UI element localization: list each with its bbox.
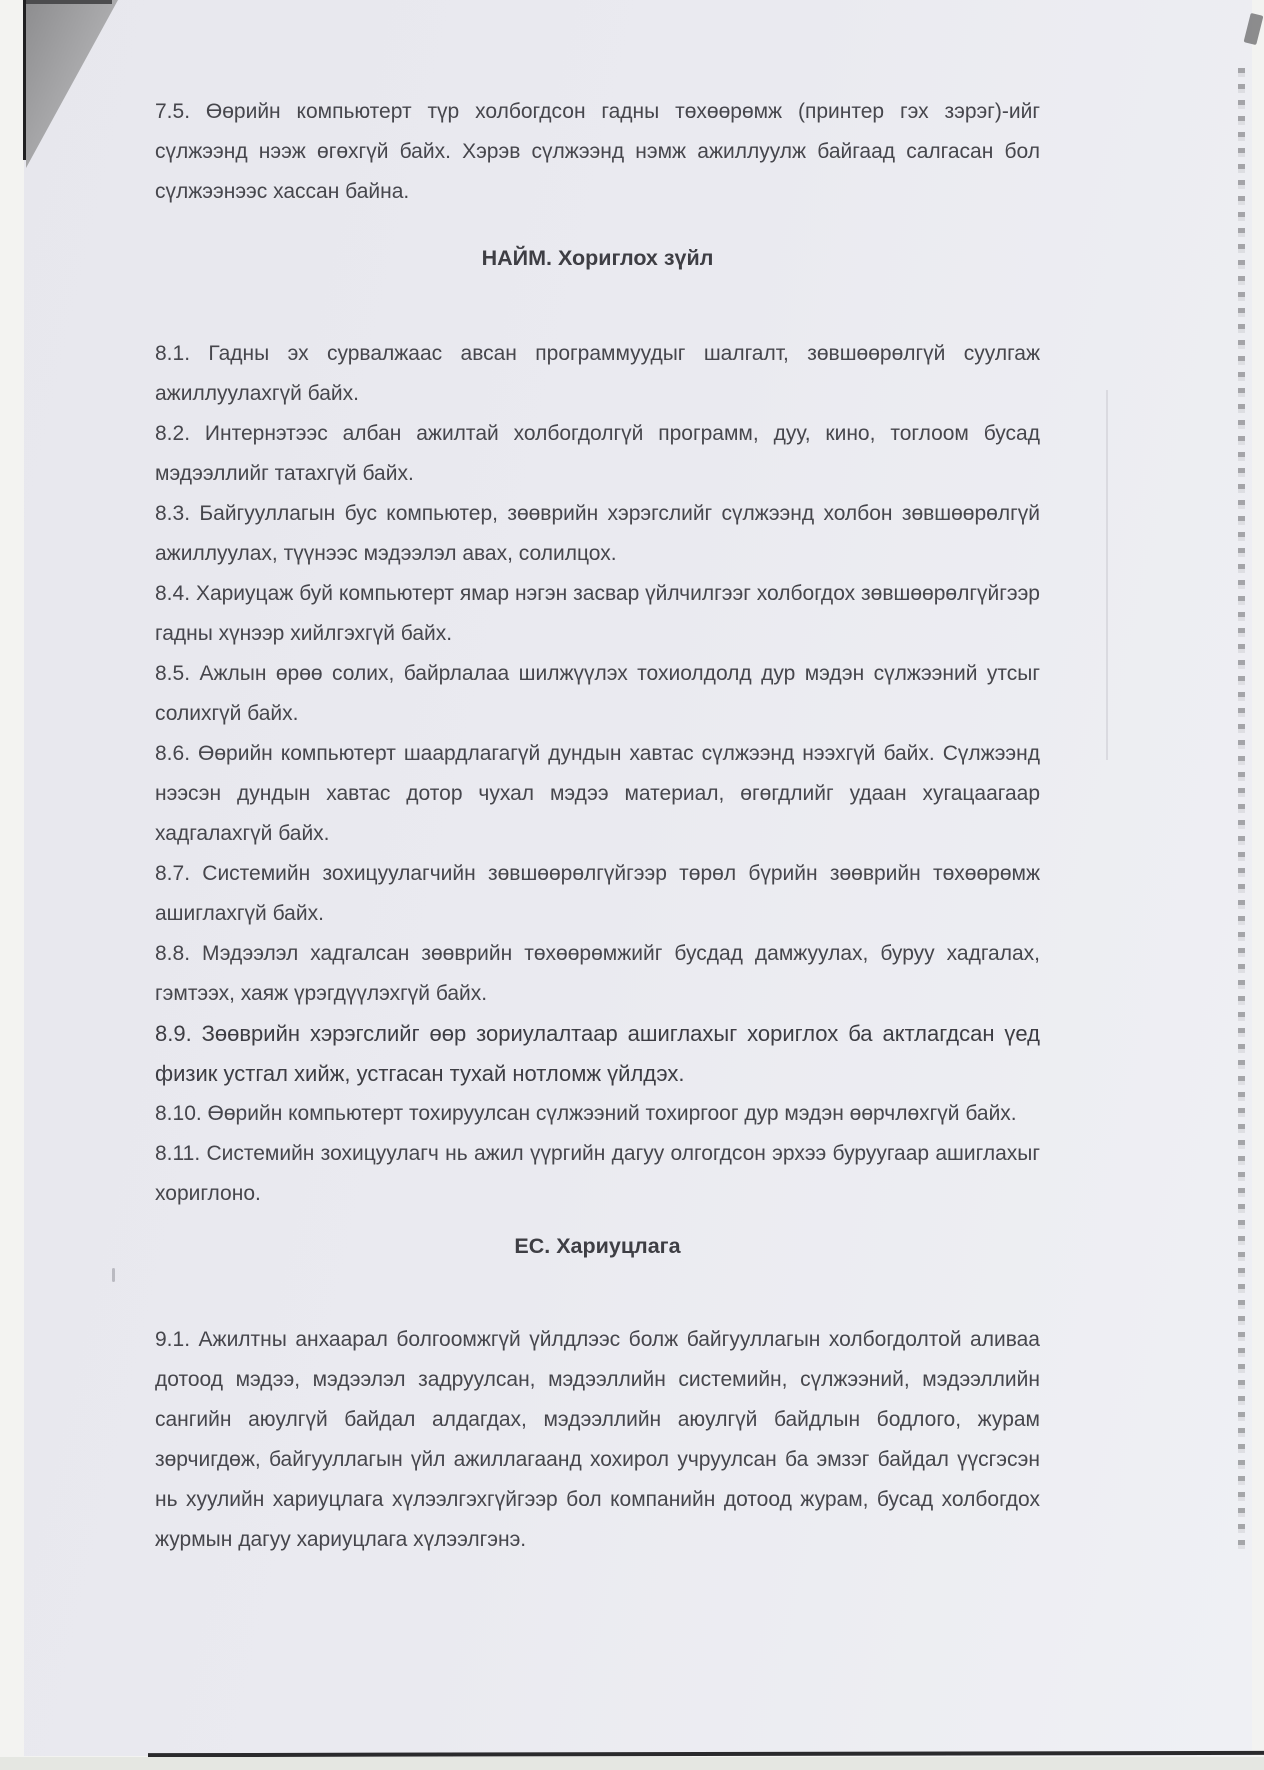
section-9-heading: ЕС. Хариуцлага xyxy=(155,1226,1040,1266)
scanner-background-bottom xyxy=(0,1757,1264,1770)
clause-8-3: 8.3. Байгууллагын бус компьютер, зөөврий… xyxy=(155,494,1040,574)
clause-8-9: 8.9. Зөөврийн хэрэгслийг өөр зориулалтаа… xyxy=(155,1014,1040,1094)
clause-8-7: 8.7. Системийн зохицуулагчийн зөвшөөрөлг… xyxy=(155,854,1040,934)
clause-9-1: 9.1. Ажилтны анхаарал болгоомжгүй үйлдлэ… xyxy=(155,1320,1040,1560)
document-body: 7.5. Өөрийн компьютерт түр холбогдсон га… xyxy=(155,92,1040,1560)
clause-8-11: 8.11. Системийн зохицуулагч нь ажил үүрг… xyxy=(155,1134,1040,1214)
clause-8-8: 8.8. Мэдээлэл хадгалсан зөөврийн төхөөрө… xyxy=(155,934,1040,1014)
clause-8-2: 8.2. Интернэтээс албан ажилтай холбогдол… xyxy=(155,414,1040,494)
paper-left-mark xyxy=(112,1268,115,1282)
paper-crease-mark xyxy=(1106,390,1108,760)
paper-right-edge-texture xyxy=(1238,68,1245,1556)
page-fold-edge-left xyxy=(23,0,26,160)
clause-8-5: 8.5. Ажлын өрөө солих, байрлалаа шилжүүл… xyxy=(155,654,1040,734)
section-8-heading: НАЙМ. Хориглох зүйл xyxy=(155,238,1040,278)
page-fold-edge-top xyxy=(26,0,112,4)
clause-7-5: 7.5. Өөрийн компьютерт түр холбогдсон га… xyxy=(155,92,1040,212)
clause-8-10: 8.10. Өөрийн компьютерт тохируулсан сүлж… xyxy=(155,1094,1040,1134)
clause-8-1: 8.1. Гадны эх сурвалжаас авсан программу… xyxy=(155,334,1040,414)
clause-8-4: 8.4. Хариуцаж буй компьютерт ямар нэгэн … xyxy=(155,574,1040,654)
clause-8-6: 8.6. Өөрийн компьютерт шаардлагагүй дунд… xyxy=(155,734,1040,854)
